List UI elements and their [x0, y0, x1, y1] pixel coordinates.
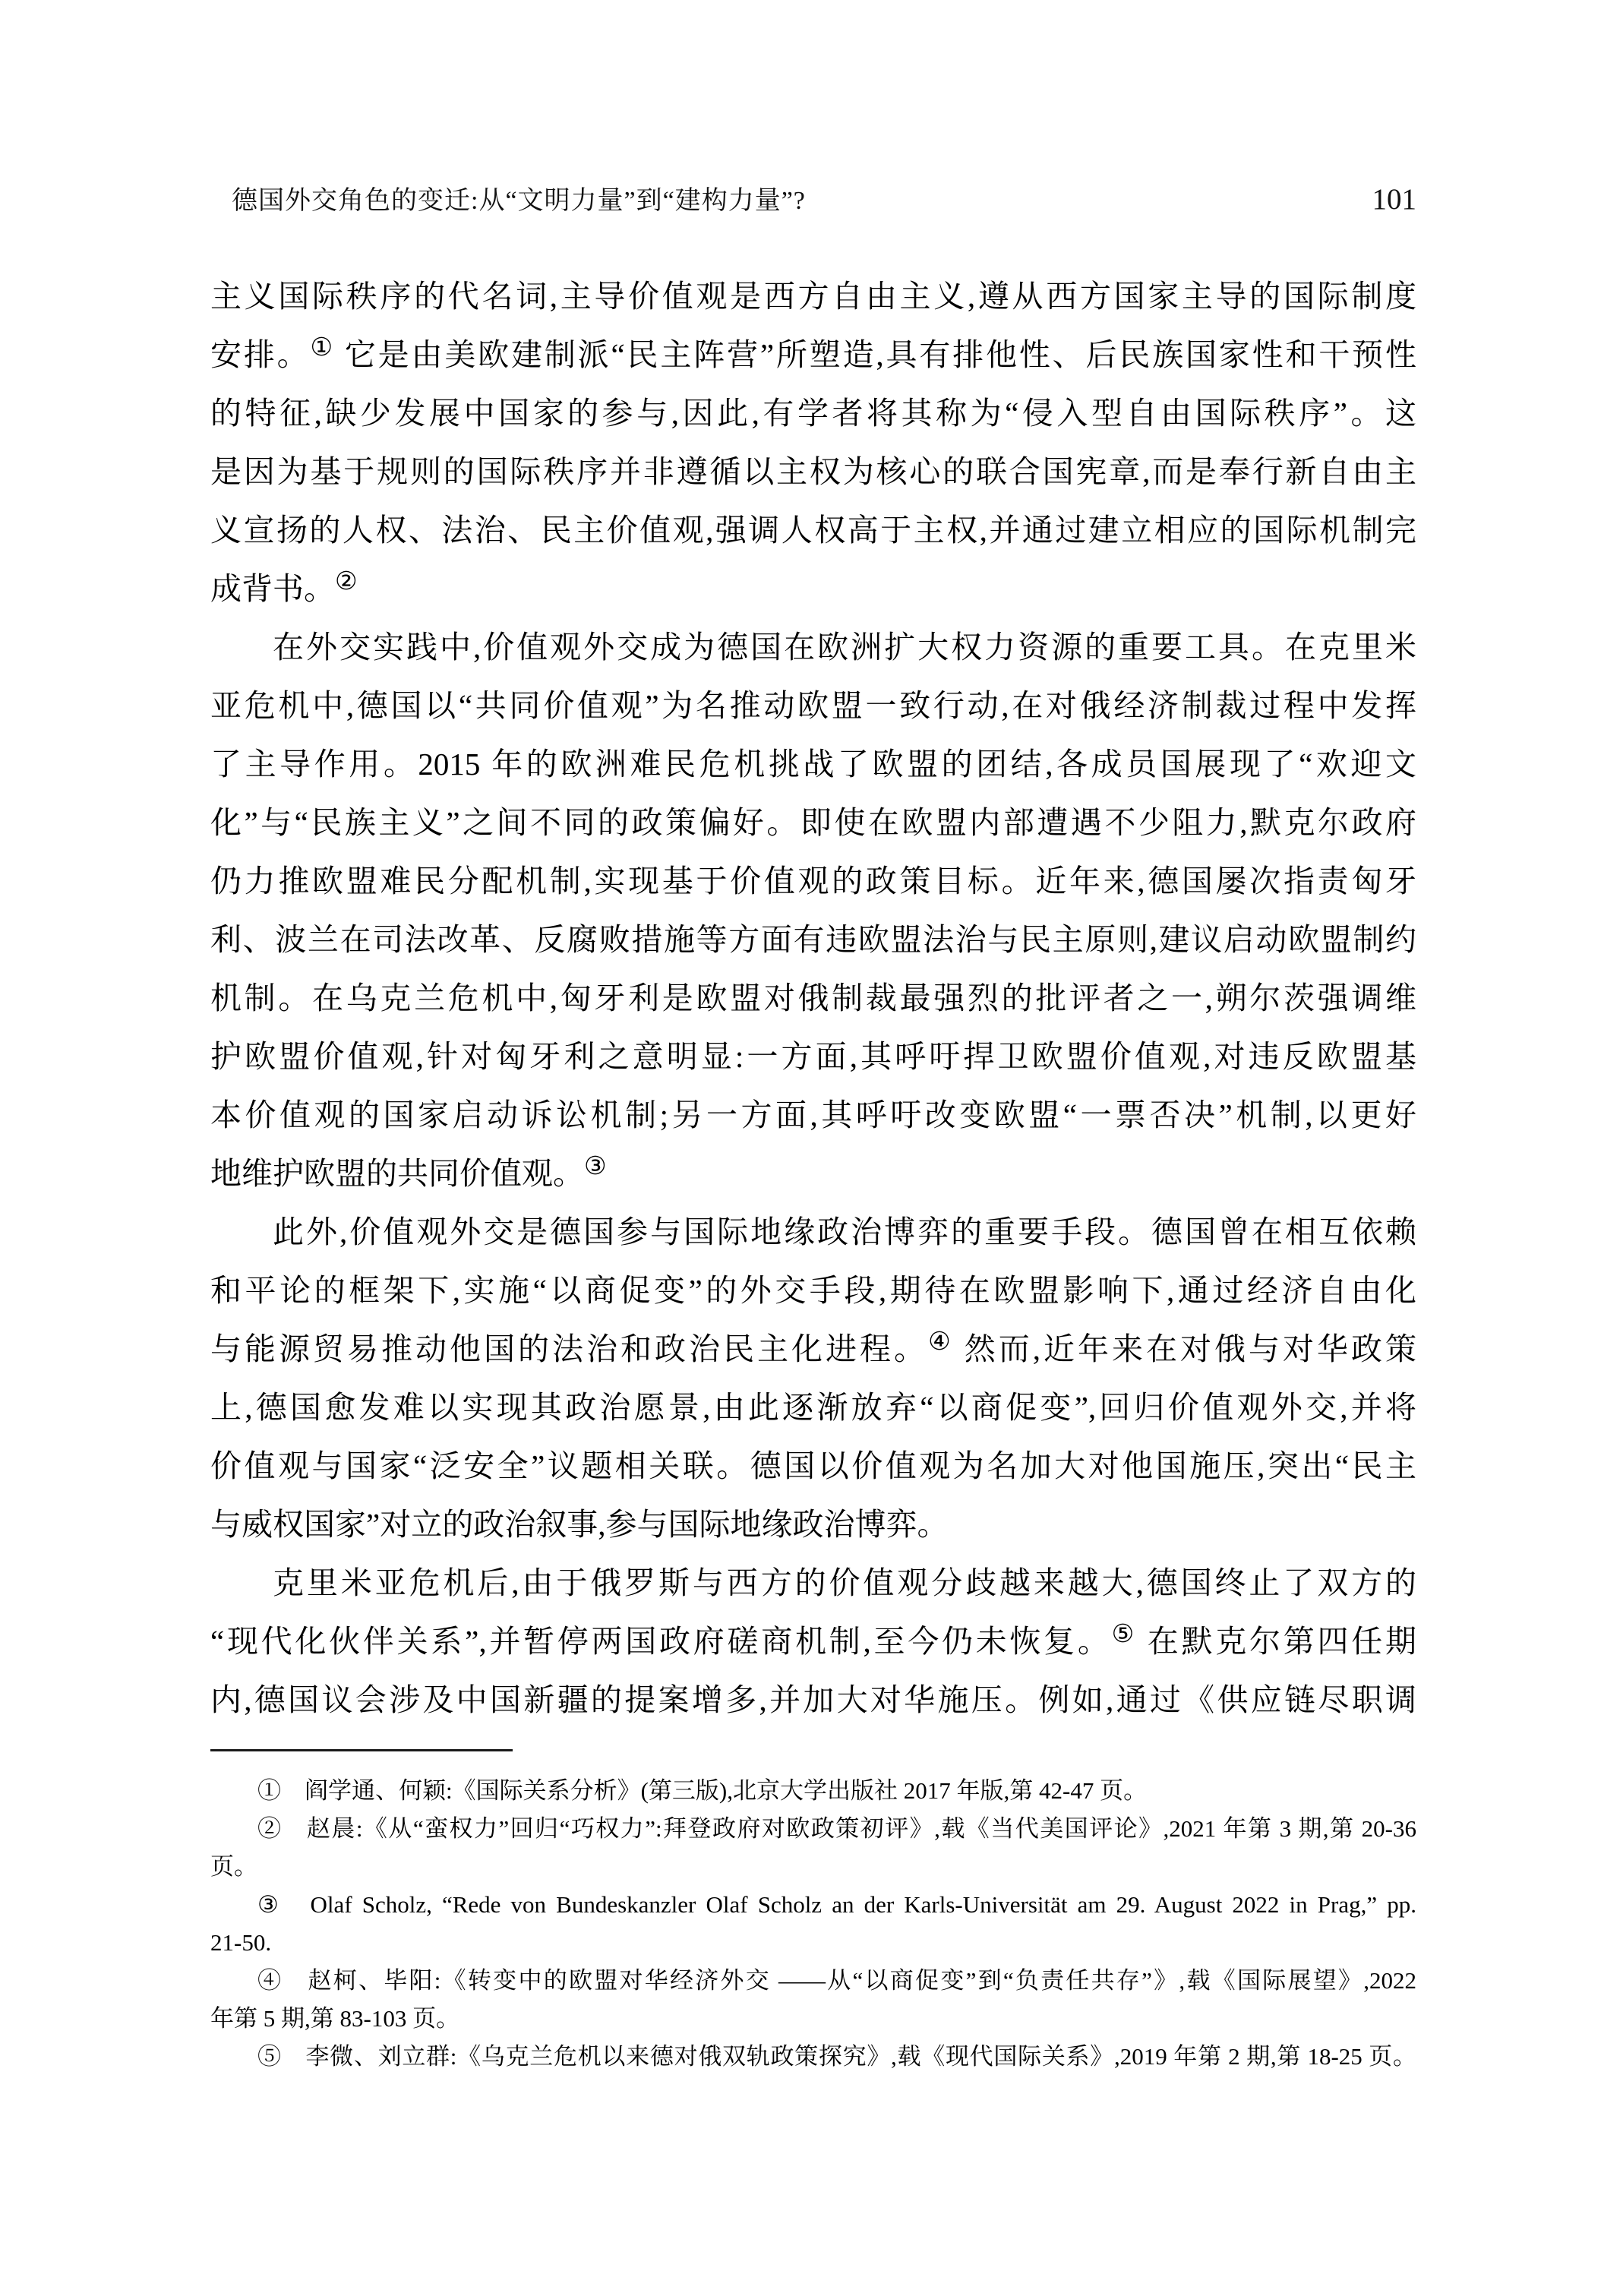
body-line: 仍力推欧盟难民分配机制,实现基于价值观的政策目标。近年来,德国屡次指责匈牙: [210, 852, 1416, 911]
body-line: 本价值观的国家启动诉讼机制;另一方面,其呼吁改变欧盟“一票否决”机制,以更好: [210, 1086, 1416, 1145]
body-text: 主义国际秩序的代名词,主导价值观是西方自由主义,遵从西方国家主导的国际制度安排。…: [210, 267, 1416, 1729]
footnote-line: 21-50.: [210, 1924, 1416, 1962]
body-line: 利、波兰在司法改革、反腐败措施等方面有违欧盟法治与民主原则,建议启动欧盟制约: [210, 911, 1416, 969]
body-line: 与能源贸易推动他国的法治和政治民主化进程。④ 然而,近年来在对俄与对华政策: [210, 1320, 1416, 1379]
footnotes: ① 阎学通、何颖:《国际关系分析》(第三版),北京大学出版社 2017 年版,第…: [210, 1772, 1416, 2076]
body-line: 上,德国愈发难以实现其政治愿景,由此逐渐放弃“以商促变”,回归价值观外交,并将: [210, 1379, 1416, 1437]
footnote-line: ④ 赵柯、毕阳:《转变中的欧盟对华经济外交 ——从“以商促变”到“负责任共存”》…: [210, 1962, 1416, 2000]
body-line: 义宣扬的人权、法治、民主价值观,强调人权高于主权,并通过建立相应的国际机制完: [210, 501, 1416, 560]
footnote-line: ① 阎学通、何颖:《国际关系分析》(第三版),北京大学出版社 2017 年版,第…: [210, 1772, 1416, 1810]
document-page: 德国外交角色的变迁:从“文明力量”到“建构力量”? 101 主义国际秩序的代名词…: [0, 0, 1623, 2296]
body-line: 成背书。②: [210, 560, 1416, 618]
footnote-line: ⑤ 李微、刘立群:《乌克兰危机以来德对俄双轨政策探究》,载《现代国际关系》,20…: [210, 2038, 1416, 2076]
body-line: 价值观与国家“泛安全”议题相关联。德国以价值观为名加大对他国施压,突出“民主: [210, 1437, 1416, 1495]
body-line: 的特征,缺少发展中国家的参与,因此,有学者将其称为“侵入型自由国际秩序”。这: [210, 384, 1416, 443]
footnote-ref: ③: [584, 1153, 606, 1180]
body-line: 在外交实践中,价值观外交成为德国在欧洲扩大权力资源的重要工具。在克里米: [210, 618, 1416, 677]
footnote-ref: ②: [335, 568, 357, 595]
body-line: 亚危机中,德国以“共同价值观”为名推动欧盟一致行动,在对俄经济制裁过程中发挥: [210, 677, 1416, 735]
body-line: 机制。在乌克兰危机中,匈牙利是欧盟对俄制裁最强烈的批评者之一,朔尔茨强调维: [210, 969, 1416, 1028]
body-line: 护欧盟价值观,针对匈牙利之意明显:一方面,其呼吁捍卫欧盟价值观,对违反欧盟基: [210, 1028, 1416, 1086]
body-line: “现代化伙伴关系”,并暂停两国政府磋商机制,至今仍未恢复。⑤ 在默克尔第四任期: [210, 1612, 1416, 1671]
body-line: 和平论的框架下,实施“以商促变”的外交手段,期待在欧盟影响下,通过经济自由化: [210, 1262, 1416, 1320]
footnote-line: ③ Olaf Scholz, “Rede von Bundeskanzler O…: [210, 1886, 1416, 1924]
body-line: 此外,价值观外交是德国参与国际地缘政治博弈的重要手段。德国曾在相互依赖: [210, 1203, 1416, 1262]
page-number: 101: [1372, 182, 1417, 216]
body-line: 是因为基于规则的国际秩序并非遵循以主权为核心的联合国宪章,而是奉行新自由主: [210, 443, 1416, 501]
footnote-divider: [210, 1749, 513, 1751]
body-line: 与威权国家”对立的政治叙事,参与国际地缘政治博弈。: [210, 1495, 1416, 1554]
footnote-line: ② 赵晨:《从“蛮权力”回归“巧权力”:拜登政府对欧政策初评》,载《当代美国评论…: [210, 1810, 1416, 1848]
running-header: 德国外交角色的变迁:从“文明力量”到“建构力量”? 101: [210, 179, 1416, 216]
footnote-line: 年第 5 期,第 83-103 页。: [210, 2000, 1416, 2038]
body-line: 化”与“民族主义”之间不同的政策偏好。即使在欧盟内部遭遇不少阻力,默克尔政府: [210, 794, 1416, 852]
footnote-ref: ⑤: [1112, 1621, 1137, 1648]
body-line: 主义国际秩序的代名词,主导价值观是西方自由主义,遵从西方国家主导的国际制度: [210, 267, 1416, 326]
body-line: 内,德国议会涉及中国新疆的提案增多,并加大对华施压。例如,通过《供应链尽职调: [210, 1671, 1416, 1729]
body-line: 安排。① 它是由美欧建制派“民主阵营”所塑造,具有排他性、后民族国家性和干预性: [210, 326, 1416, 384]
header-title: 德国外交角色的变迁:从“文明力量”到“建构力量”?: [232, 179, 806, 216]
footnote-line: 页。: [210, 1848, 1416, 1886]
body-line: 克里米亚危机后,由于俄罗斯与西方的价值观分歧越来越大,德国终止了双方的: [210, 1554, 1416, 1612]
footnote-ref: ①: [311, 334, 335, 362]
footnote-ref: ④: [928, 1328, 953, 1356]
body-line: 了主导作用。2015 年的欧洲难民危机挑战了欧盟的团结,各成员国展现了“欢迎文: [210, 735, 1416, 794]
body-line: 地维护欧盟的共同价值观。③: [210, 1145, 1416, 1203]
